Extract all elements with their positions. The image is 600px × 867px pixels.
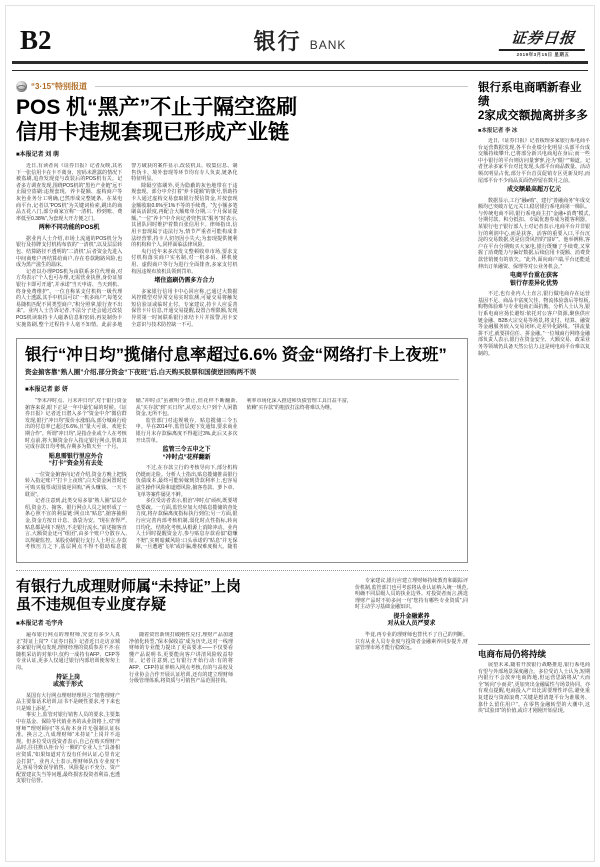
article-pos: “3·15”特别报道 POS 机“黑产”不止于隔空盗刷 信用卡违规套现已形成产业… xyxy=(16,81,468,329)
headline: POS 机“黑产”不止于隔空盗刷 信用卡违规套现已形成产业链 xyxy=(16,95,468,145)
subhead: 监管三令五申之下 “冲时点”花样翻新 xyxy=(136,447,238,462)
deck: 资金掮客靠“熟人圈”介绍,部分资金“下夜班”后,白天购买股票和国债逆回购两不误 xyxy=(25,367,459,380)
body-paragraph: 据业内人士介绍,市场上流通的POS机分为银行及持牌支付机构布放的“一清机”,以及… xyxy=(16,236,122,269)
body-paragraph: 近日,《证券日报》记者梳理多家银行系电商平台运营数据发现,各平台业绩分化明显:头… xyxy=(478,138,590,184)
subhead: 两种不同功能的POS机 xyxy=(16,225,122,233)
right-column: 银行系电商晒新春业绩 2家成交额抛离拼多多 ■本报记者 李 冰 近日,《证券日报… xyxy=(478,77,590,862)
byline: ■本报记者 彭 妍 xyxy=(25,384,459,393)
body-paragraph: 多家银行信用卡中心回应称,已通过大数据风控模型对异常交易实时监测,可疑交易将触发… xyxy=(131,289,237,329)
body-paragraph: 某国有大行网点理财经理坦言:“销售理财产品主要靠话术培训,证书不是硬性要求,考下… xyxy=(16,693,120,713)
body-paragraph: 展望未来,随着开放银行战略推进,银行系电商有望与外部场景深度融合。多位受访人士认… xyxy=(478,662,590,715)
body-paragraph: 随着资管新规打破刚性兑付,理财产品加速净值化转型,“保本保收益”成为历史,这对一… xyxy=(129,632,233,685)
article-body: 近日,《证券日报》记者梳理多家银行系电商平台运营数据发现,各平台业绩分化明显:头… xyxy=(478,138,590,638)
advisor-main: 有银行九成理财师属“未持证”上岗 虽不违规但专业度存疑 ■本报记者 毛宇舟 遍布… xyxy=(16,576,346,824)
subhead: 提升金融素养 对从业人员严要求 xyxy=(355,614,468,629)
date-line: 2019年3月15日 星期五 xyxy=(500,52,586,58)
byline: ■本报记者 刘 萌 xyxy=(16,149,468,158)
body-paragraph: 监管部门对违规吸存、贴息揽储三令五申。早在2014年,监管层便下发通知,要求商业… xyxy=(136,418,238,444)
body-paragraph: 不过,在存款立行的考核导向下,部分机构仍铤而走险。分析人士指出,贴息揽储推高银行… xyxy=(136,465,238,498)
page-content: “3·15”特别报道 POS 机“黑产”不止于隔空盗刷 信用卡违规套现已形成产业… xyxy=(0,71,600,862)
body-paragraph: 毕竟,再专业的理财师也替代不了自己的判断。只有从业人员专业度与投资者金融素养同步… xyxy=(355,632,468,652)
headline: 银行“冲日均”揽储付息率超过6.6% 资金“网络打卡上夜班” xyxy=(25,346,459,365)
sub-article-heading: 电商布局仍将持续 xyxy=(478,649,590,659)
headline: 有银行九成理财师属“未持证”上岗 虽不违规但专业度存疑 xyxy=(16,578,346,614)
byline: ■本报记者 李 冰 xyxy=(478,126,590,134)
body-paragraph: 事实上,监管对银行销售人员的要求,主要集中在基金、保险等代销业务的从业资格上,对… xyxy=(16,712,120,785)
left-region: “3·15”特别报道 POS 机“黑产”不止于隔空盗刷 信用卡违规套现已形成产业… xyxy=(16,77,468,862)
kicker: “3·15”特别报道 xyxy=(16,81,468,92)
sub-article-body: 展望未来,随着开放银行战略推进,银行系电商有望与外部场景深度融合。多位受访人士认… xyxy=(478,662,590,862)
body-paragraph: 遍布银行网点的理财师,究竟有多少人真正“持证上岗”?《证券日报》记者近日走访京城… xyxy=(16,632,120,672)
article-advisor: 有银行九成理财师属“未持证”上岗 虽不违规但专业度存疑 ■本报记者 毛宇舟 遍布… xyxy=(16,570,468,824)
subhead: 堵住盗刷仍需多方合力 xyxy=(131,278,237,286)
subhead: 持证上岗 或流于形式 xyxy=(16,675,120,690)
masthead: 证券日报 2019年3月15日 星期五 xyxy=(500,27,586,58)
page-header: B2 银行 BANK 证券日报 2019年3月15日 星期五 xyxy=(12,6,588,58)
newspaper-page: B2 银行 BANK 证券日报 2019年3月15日 星期五 “3·15”特别报… xyxy=(0,0,600,867)
body-paragraph: 不过,也有业内人士直言,银行做电商存在运营基因不足、商品丰富度欠佳、物流体验落后… xyxy=(478,291,590,357)
body-paragraph: 央行近年来多次发文整顿收单市场,要求支付机构落实商户实名制,对一机多码、移机使用… xyxy=(131,249,237,275)
subhead: 成交额最高超万亿元 xyxy=(478,187,590,195)
subhead: 电商平台重在获客 银行存差异化优势 xyxy=(478,273,590,288)
body-paragraph: 近日,有读者向《证券日报》记者反映,其名下一张信用卡在卡不离身、密码未泄露的情况… xyxy=(16,163,122,222)
kicker-label: “3·15”特别报道 xyxy=(31,81,87,92)
subhead: 贴息需银行里应外合 “打卡”资金另有去处 xyxy=(25,454,127,469)
paper-logo: 证券日报 xyxy=(499,27,588,51)
section-title-en: BANK xyxy=(310,38,347,52)
article-chongrijun: 银行“冲日均”揽储付息率超过6.6% 资金“网络打卡上夜班” 资金掮客靠“熟人圈… xyxy=(16,338,468,563)
section-title-zh: 银行 xyxy=(254,29,302,54)
advisor-side-column: 专家建议,银行应建立理财师持续教育和跟踪评价机制,监管部门也可考虑将从业认证纳入… xyxy=(355,576,468,824)
kicker-rule xyxy=(95,86,468,87)
body-paragraph: 除隔空盗刷外,更为隐蔽的灰色地带在于违规套现。部分中介打着“养卡提额”的旗号,帮… xyxy=(131,183,237,249)
column-divider xyxy=(478,644,590,645)
article-body: “季末冲时点、月末冲日均”,对于银行资金掮客来说,眼下正是一年中最忙碌的时候。《… xyxy=(25,398,459,556)
body-paragraph: 专家建议,银行应建立理财师持续教育和跟踪评价机制,监管部门也可考虑将从业认证纳入… xyxy=(355,578,468,611)
article-body: 遍布银行网点的理财师,究竟有多少人真正“持证上岗”?《证券日报》记者近日走访京城… xyxy=(16,632,346,790)
header-double-rule xyxy=(12,61,588,71)
byline: ■本报记者 毛宇舟 xyxy=(16,618,346,627)
body-paragraph: 数据显示,工行“融e购”、建行“善融商务”年成交额均已突破万亿元关口,稳居银行系… xyxy=(478,198,590,271)
article-ecommerce: 银行系电商晒新春业绩 2家成交额抛离拼多多 ■本报记者 李 冰 近日,《证券日报… xyxy=(478,81,590,862)
headline: 银行系电商晒新春业绩 2家成交额抛离拼多多 xyxy=(478,81,590,123)
article-body: 近日,有读者向《证券日报》记者反映,其名下一张信用卡在卡不离身、密码未泄露的情况… xyxy=(16,163,468,329)
globe-icon xyxy=(16,81,27,92)
body-paragraph: “季末冲时点、月末冲日均”,对于银行资金掮客来说,眼下正是一年中最忙碌的时候。《… xyxy=(25,398,127,451)
body-paragraph: 一位资金掮客向记者介绍,资金方晚上把钱转入指定账户“打卡上夜班”,白天资金闲置时… xyxy=(25,472,127,498)
